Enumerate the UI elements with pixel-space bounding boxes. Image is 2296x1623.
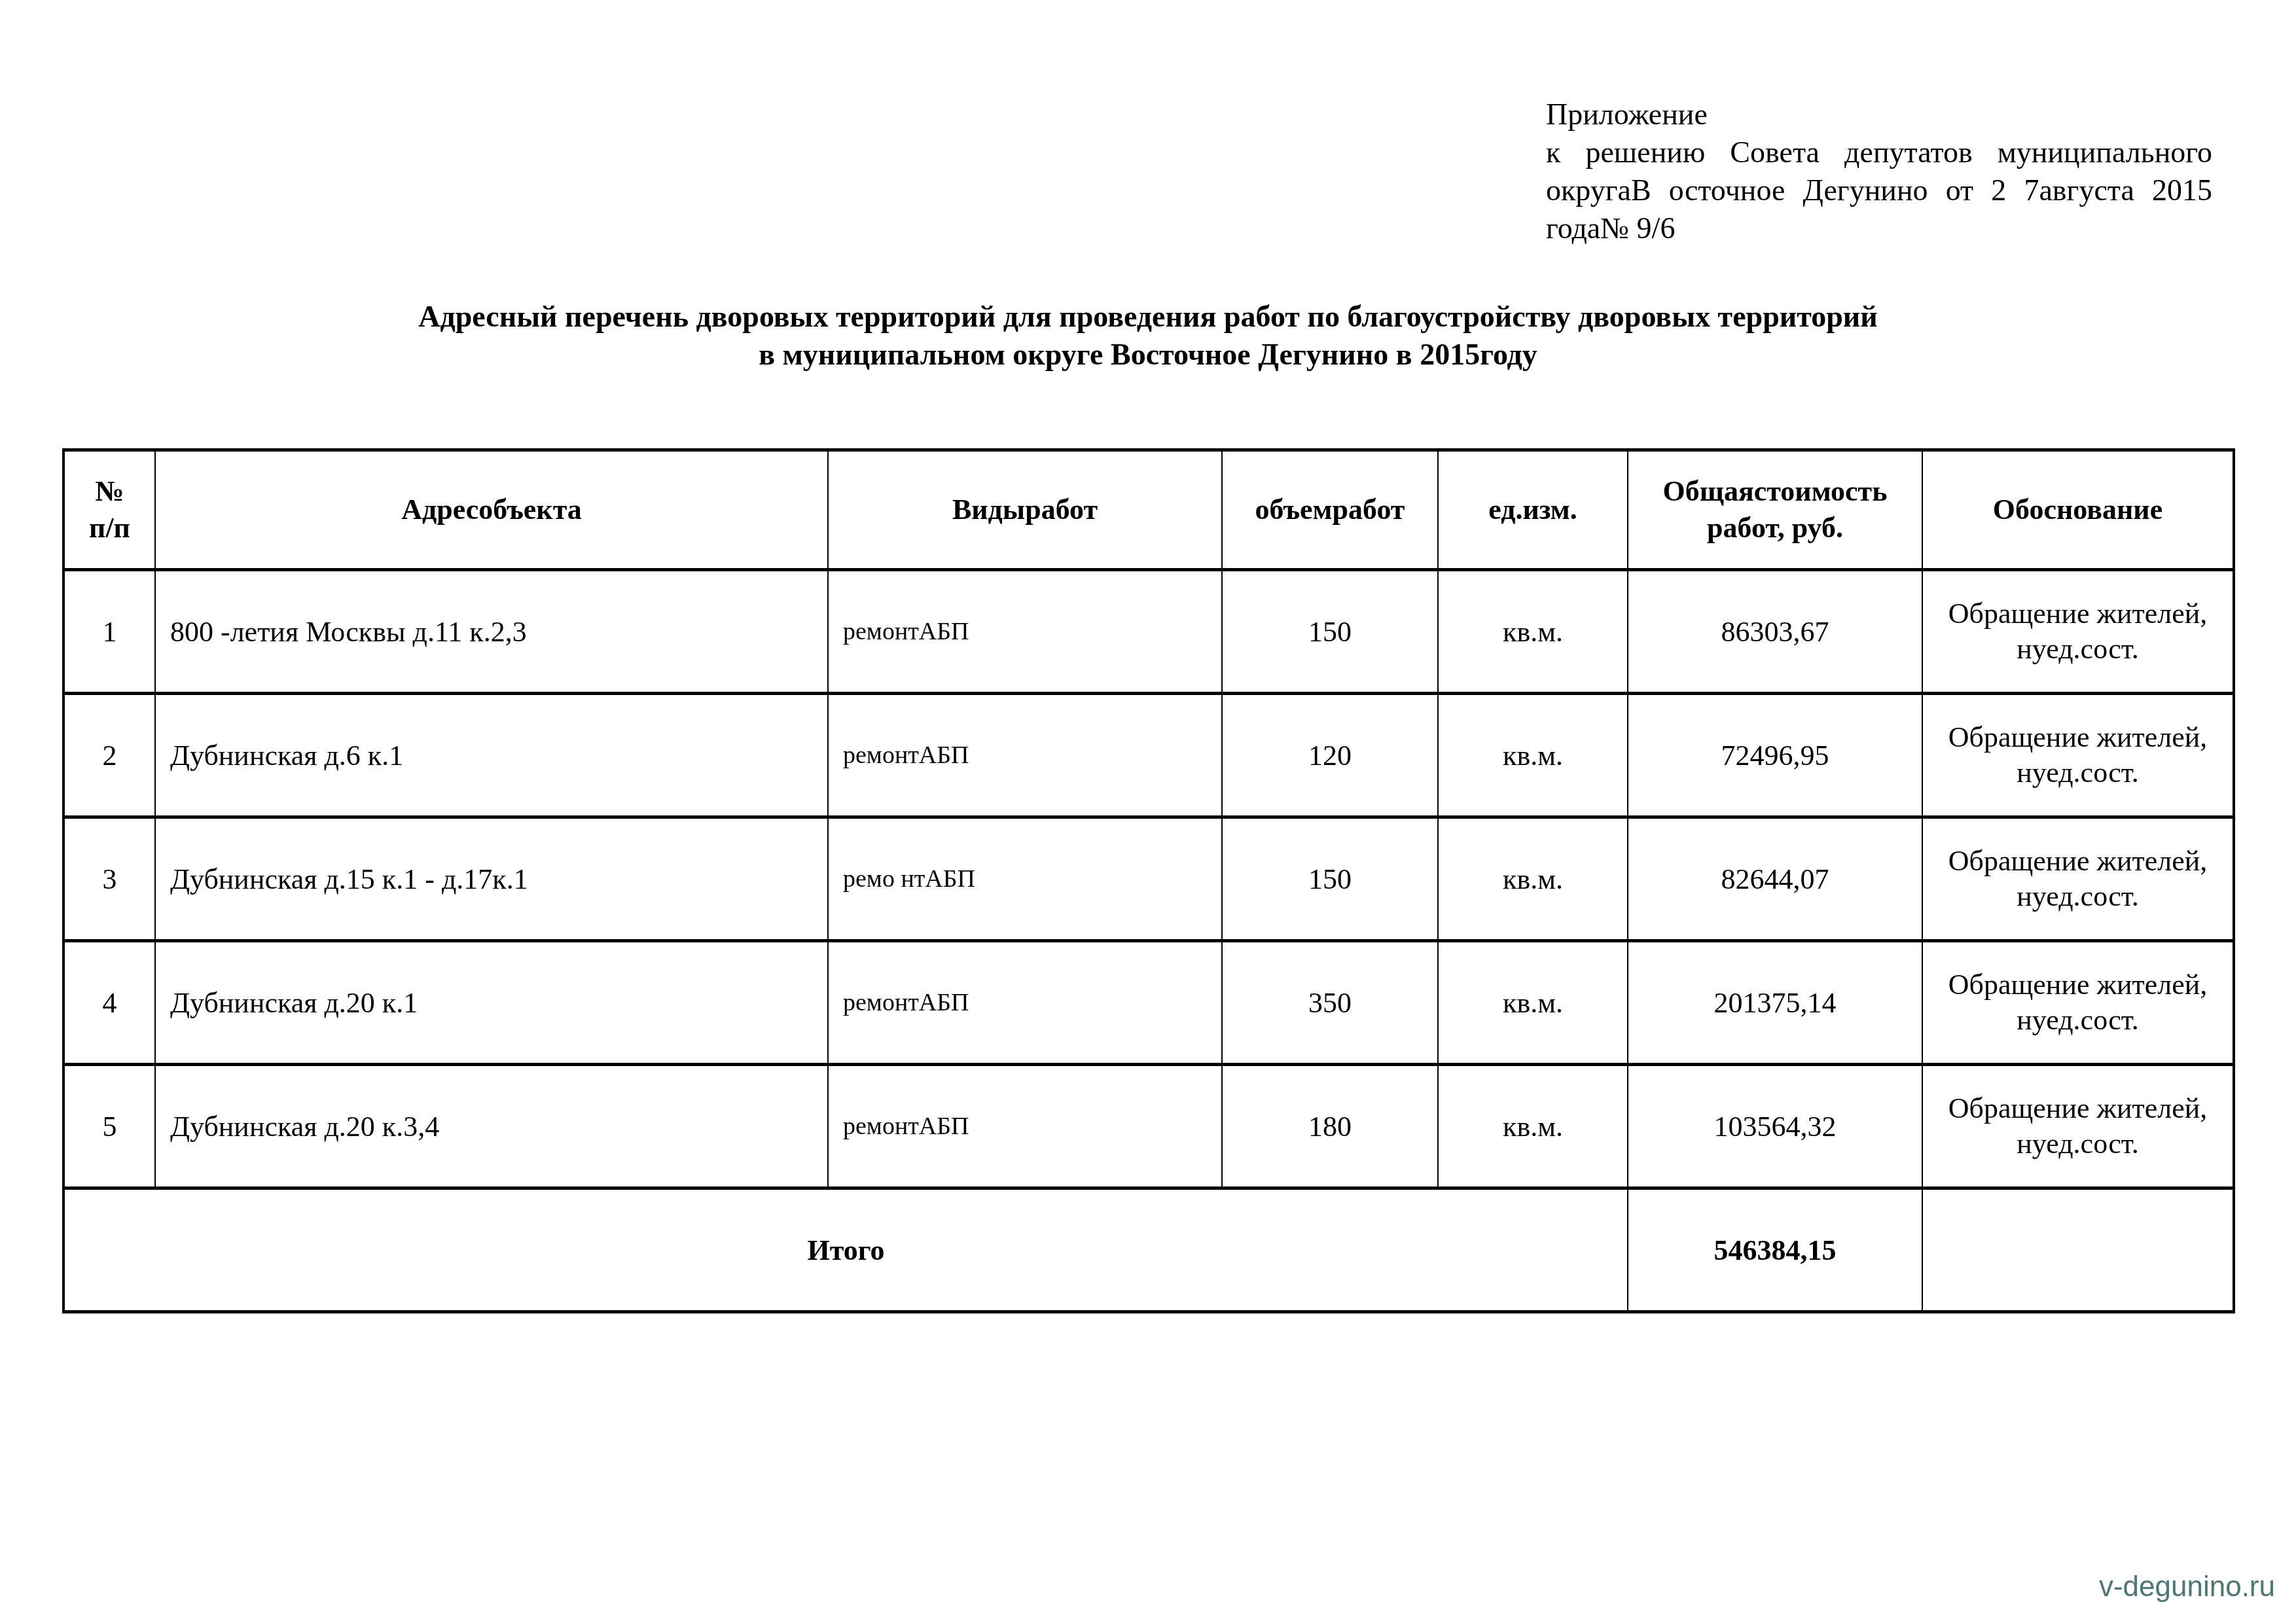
total-row: Итого 546384,15 bbox=[63, 1188, 2234, 1312]
row-cost: 86303,67 bbox=[1628, 570, 1922, 694]
row-cost: 72496,95 bbox=[1628, 694, 1922, 817]
row-basis: Обращение жителей,нуед.сост. bbox=[1922, 941, 2234, 1065]
table-row: 1800 -летия Москвы д.11 к.2,3ремонтАБП15… bbox=[63, 570, 2234, 694]
row-unit: кв.м. bbox=[1438, 1065, 1628, 1188]
header-number: №п/п bbox=[63, 450, 155, 570]
document-title: Адресный перечень дворовых территорий дл… bbox=[0, 298, 2296, 374]
row-unit: кв.м. bbox=[1438, 941, 1628, 1065]
header-unit: ед.изм. bbox=[1438, 450, 1628, 570]
row-address: 800 -летия Москвы д.11 к.2,3 bbox=[155, 570, 828, 694]
row-work-type: ремо нтАБП bbox=[828, 817, 1222, 941]
row-address: Дубнинская д.6 к.1 bbox=[155, 694, 828, 817]
row-cost: 82644,07 bbox=[1628, 817, 1922, 941]
row-unit: кв.м. bbox=[1438, 817, 1628, 941]
header-work-type: Видыработ bbox=[828, 450, 1222, 570]
row-basis: Обращение жителей,нуед.сост. bbox=[1922, 570, 2234, 694]
row-basis: Обращение жителей,нуед.сост. bbox=[1922, 817, 2234, 941]
table-row: 3Дубнинская д.15 к.1 - д.17к.1ремо нтАБП… bbox=[63, 817, 2234, 941]
row-address: Дубнинская д.20 к.3,4 bbox=[155, 1065, 828, 1188]
row-work-type: ремонтАБП bbox=[828, 570, 1222, 694]
appendix-header: Приложение к решению Совета депутатов му… bbox=[1546, 96, 2212, 247]
row-volume: 350 bbox=[1222, 941, 1438, 1065]
header-basis: Обоснование bbox=[1922, 450, 2234, 570]
appendix-line-4: года№ 9/6 bbox=[1546, 209, 2212, 247]
table-row: 5Дубнинская д.20 к.3,4ремонтАБП180кв.м.1… bbox=[63, 1065, 2234, 1188]
row-volume: 120 bbox=[1222, 694, 1438, 817]
header-volume: объемработ bbox=[1222, 450, 1438, 570]
row-number: 5 bbox=[63, 1065, 155, 1188]
table-header-row: №п/п Адресобъекта Видыработ объемработ е… bbox=[63, 450, 2234, 570]
row-address: Дубнинская д.20 к.1 bbox=[155, 941, 828, 1065]
total-basis-empty bbox=[1922, 1188, 2234, 1312]
header-address: Адресобъекта bbox=[155, 450, 828, 570]
row-number: 4 bbox=[63, 941, 155, 1065]
title-line-1: Адресный перечень дворовых территорий дл… bbox=[0, 298, 2296, 336]
row-unit: кв.м. bbox=[1438, 570, 1628, 694]
appendix-line-3: округаВ осточное Дегунино от 2 7августа … bbox=[1546, 171, 2212, 209]
total-label: Итого bbox=[63, 1188, 1628, 1312]
territories-table: №п/п Адресобъекта Видыработ объемработ е… bbox=[62, 448, 2235, 1313]
header-cost: Общаястоимостьработ, руб. bbox=[1628, 450, 1922, 570]
row-volume: 150 bbox=[1222, 570, 1438, 694]
row-address: Дубнинская д.15 к.1 - д.17к.1 bbox=[155, 817, 828, 941]
row-volume: 150 bbox=[1222, 817, 1438, 941]
total-cost: 546384,15 bbox=[1628, 1188, 1922, 1312]
table-row: 4Дубнинская д.20 к.1ремонтАБП350кв.м.201… bbox=[63, 941, 2234, 1065]
row-basis: Обращение жителей,нуед.сост. bbox=[1922, 1065, 2234, 1188]
site-watermark: v-degunino.ru bbox=[2099, 1571, 2275, 1603]
row-unit: кв.м. bbox=[1438, 694, 1628, 817]
row-work-type: ремонтАБП bbox=[828, 694, 1222, 817]
row-cost: 201375,14 bbox=[1628, 941, 1922, 1065]
appendix-label: Приложение bbox=[1546, 96, 2212, 134]
row-work-type: ремонтАБП bbox=[828, 1065, 1222, 1188]
row-number: 1 bbox=[63, 570, 155, 694]
row-volume: 180 bbox=[1222, 1065, 1438, 1188]
row-basis: Обращение жителей,нуед.сост. bbox=[1922, 694, 2234, 817]
row-number: 2 bbox=[63, 694, 155, 817]
appendix-line-2: к решению Совета депутатов муниципальног… bbox=[1546, 134, 2212, 171]
row-work-type: ремонтАБП bbox=[828, 941, 1222, 1065]
title-line-2: в муниципальном округе Восточное Дегунин… bbox=[0, 336, 2296, 374]
row-number: 3 bbox=[63, 817, 155, 941]
row-cost: 103564,32 bbox=[1628, 1065, 1922, 1188]
table-row: 2Дубнинская д.6 к.1ремонтАБП120кв.м.7249… bbox=[63, 694, 2234, 817]
